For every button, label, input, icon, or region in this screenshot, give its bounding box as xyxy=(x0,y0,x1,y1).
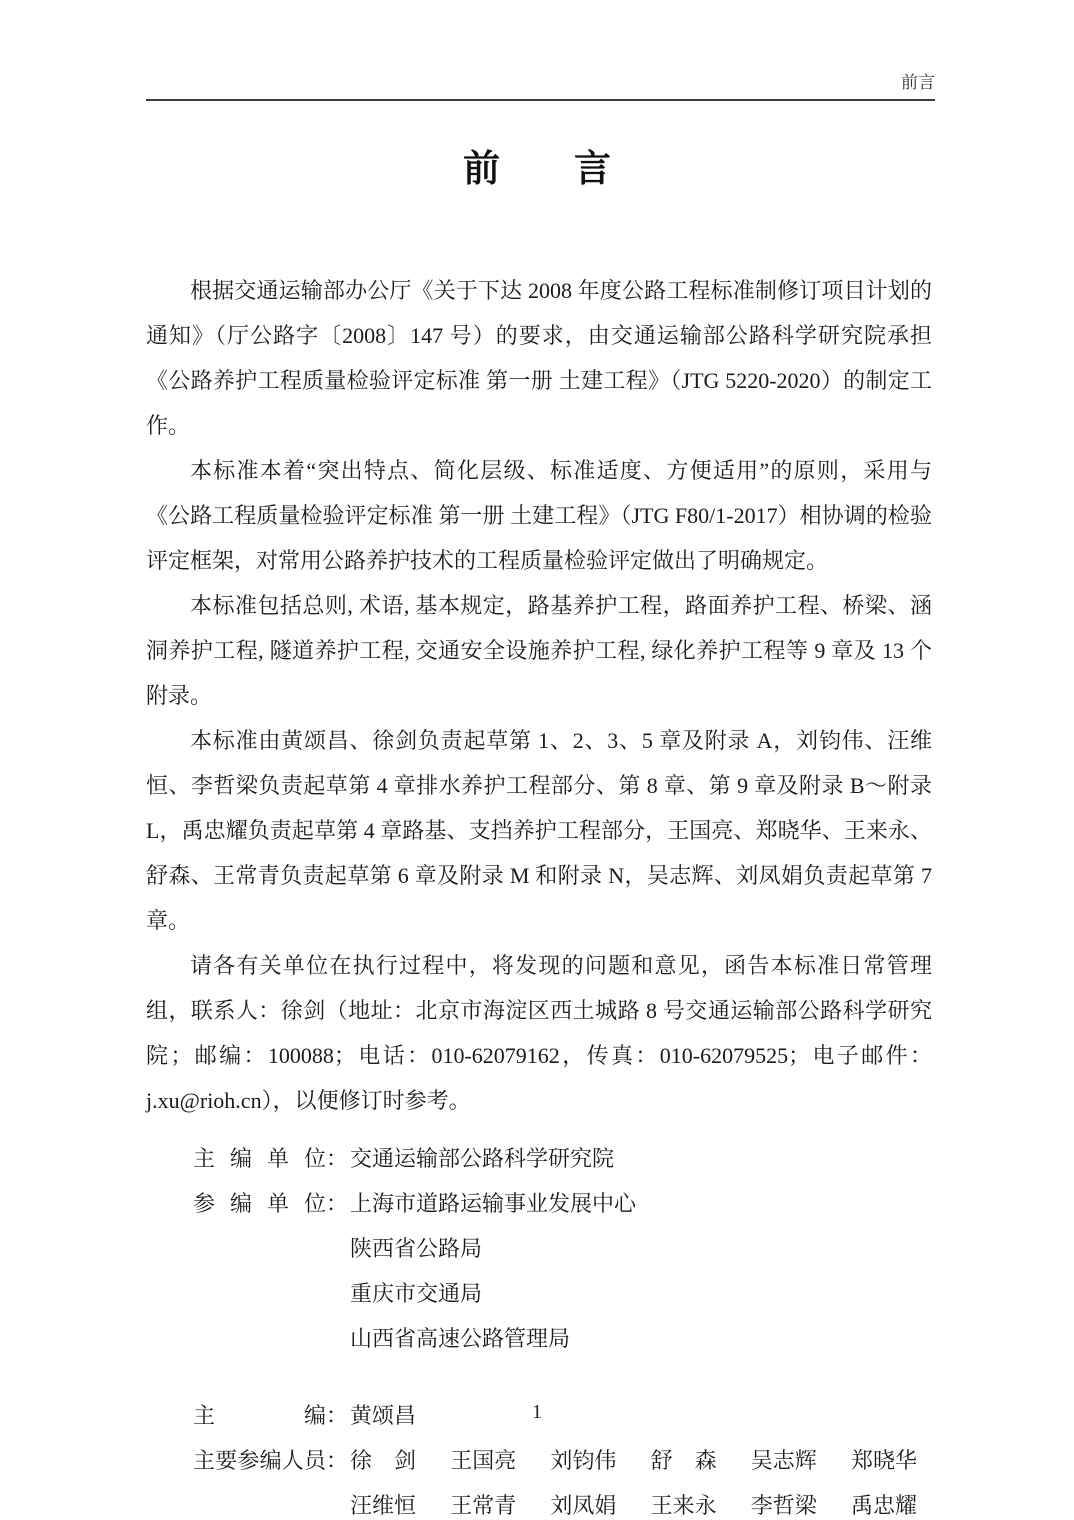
colon: ： xyxy=(326,1146,348,1171)
participant-name: 舒 森 xyxy=(651,1438,717,1483)
co-unit-row: 陕西省公路局 xyxy=(146,1226,932,1271)
empty-label-cell xyxy=(193,1271,350,1316)
page-number: 1 xyxy=(532,1401,542,1423)
co-unit-label-cell: 参编单位： xyxy=(193,1181,350,1226)
participant-name: 汪维恒 xyxy=(350,1483,416,1520)
paragraph-contents: 本标准包括总则, 术语, 基本规定，路基养护工程，路面养护工程、桥梁、涵洞养护工… xyxy=(146,583,932,718)
participants-names-row-1: 徐 剑 王国亮 刘钧伟 舒 森 吴志辉 郑晓华 xyxy=(350,1438,917,1483)
chief-unit-label-cell: 主编单位： xyxy=(193,1136,350,1181)
participant-name: 徐 剑 xyxy=(350,1438,416,1483)
co-unit-label: 参编单位 xyxy=(193,1181,326,1226)
participants-names-row-2: 汪维恒 王常青 刘凤娟 王来永 李哲梁 禹忠耀 xyxy=(350,1483,917,1520)
participant-name: 刘钧伟 xyxy=(550,1438,616,1483)
co-unit-row: 参编单位： 上海市道路运输事业发展中心 xyxy=(146,1181,932,1226)
participants-row-1: 主要参编人员： 徐 剑 王国亮 刘钧伟 舒 森 吴志辉 郑晓华 xyxy=(146,1438,932,1483)
colon: ： xyxy=(326,1191,348,1216)
co-unit-value-4: 山西省高速公路管理局 xyxy=(350,1316,932,1361)
credits-units-section: 主编单位： 交通运输部公路科学研究院 参编单位： 上海市道路运输事业发展中心 陕… xyxy=(146,1136,932,1361)
paragraph-drafters: 本标准由黄颂昌、徐剑负责起草第 1、2、3、5 章及附录 A，刘钧伟、汪维恒、李… xyxy=(146,718,932,943)
participant-name: 王国亮 xyxy=(450,1438,516,1483)
paragraph-principles: 本标准本着“突出特点、简化层级、标准适度、方便适用”的原则，采用与《公路工程质量… xyxy=(146,448,932,583)
running-header: 前言 xyxy=(146,72,935,101)
document-page: 前言 前 言 根据交通运输部办公厅《关于下达 2008 年度公路工程标准制修订项… xyxy=(0,0,1074,1520)
empty-label-cell xyxy=(193,1483,350,1520)
participant-name: 禹忠耀 xyxy=(851,1483,917,1520)
paragraph-feedback: 请各有关单位在执行过程中，将发现的问题和意见，函告本标准日常管理组，联系人：徐剑… xyxy=(146,943,932,1123)
participant-name: 刘凤娟 xyxy=(550,1483,616,1520)
participant-name: 王常青 xyxy=(450,1483,516,1520)
participant-name: 郑晓华 xyxy=(851,1438,917,1483)
participant-name: 李哲梁 xyxy=(751,1483,817,1520)
co-unit-row: 山西省高速公路管理局 xyxy=(146,1316,932,1361)
paragraph-basis: 根据交通运输部办公厅《关于下达 2008 年度公路工程标准制修订项目计划的通知》… xyxy=(146,268,932,448)
participants-label: 主要参编人员 xyxy=(193,1438,326,1483)
title-char-1: 前 xyxy=(463,149,500,189)
co-unit-value-3: 重庆市交通局 xyxy=(350,1271,932,1316)
colon: ： xyxy=(326,1448,348,1473)
page-title: 前 言 xyxy=(0,149,1074,189)
empty-label-cell xyxy=(193,1316,350,1361)
co-unit-value-1: 上海市道路运输事业发展中心 xyxy=(350,1181,932,1226)
chief-unit-value: 交通运输部公路科学研究院 xyxy=(350,1136,932,1181)
co-unit-value-2: 陕西省公路局 xyxy=(350,1226,932,1271)
co-unit-row: 重庆市交通局 xyxy=(146,1271,932,1316)
participants-row-2: 汪维恒 王常青 刘凤娟 王来永 李哲梁 禹忠耀 xyxy=(146,1483,932,1520)
participant-name: 王来永 xyxy=(651,1483,717,1520)
participants-label-cell: 主要参编人员： xyxy=(193,1438,350,1483)
participant-name: 吴志辉 xyxy=(751,1438,817,1483)
page-footer: 1 xyxy=(0,1401,1074,1424)
running-header-text: 前言 xyxy=(901,73,935,92)
title-char-2: 言 xyxy=(574,149,611,189)
chief-unit-label: 主编单位 xyxy=(193,1136,326,1181)
chief-unit-row: 主编单位： 交通运输部公路科学研究院 xyxy=(146,1136,932,1181)
document-body: 根据交通运输部办公厅《关于下达 2008 年度公路工程标准制修订项目计划的通知》… xyxy=(146,268,932,1520)
empty-label-cell xyxy=(193,1226,350,1271)
